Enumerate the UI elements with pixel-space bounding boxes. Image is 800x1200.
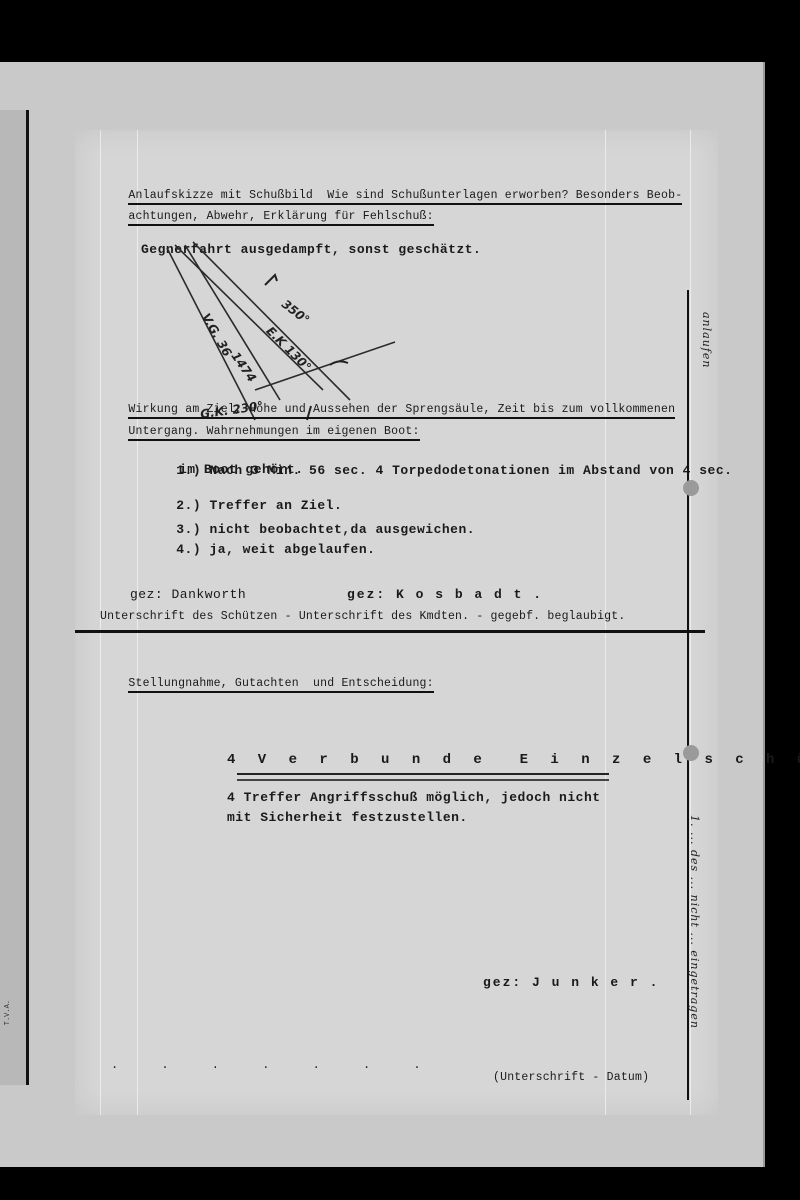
sketch-label-ek: E.K 130° xyxy=(263,324,313,374)
margin-note-bottom: 1. ... des ... nicht ... eingetragen xyxy=(688,815,701,1095)
commander-signature: gez: K o s b a d t . xyxy=(347,587,543,602)
verdict-line-2: mit Sicherheit festzustellen. xyxy=(227,810,468,825)
list-item-1-cont: im Boot gehört. xyxy=(179,462,304,477)
sketch-label-angle: 350° xyxy=(279,297,312,327)
sheet-edge xyxy=(763,62,765,1167)
adjacent-page xyxy=(0,110,29,1085)
verdict-title: 4 V e r b u n d e E i n z e l s c h ü s … xyxy=(227,752,800,768)
shooter-signature: gez: Dankworth xyxy=(130,587,246,602)
list-item-4: 4.) ja, weit abgelaufen. xyxy=(143,527,375,572)
verdict-line-1: 4 Treffer Angriffsschuß möglich, jedoch … xyxy=(227,790,601,805)
stray-marks: . . . . . . . xyxy=(111,1058,439,1072)
punch-hole-mark xyxy=(683,745,699,761)
sketch-label-num: 1474 xyxy=(228,349,259,384)
reviewer-signature-caption: (Unterschrift - Datum) xyxy=(493,1071,649,1084)
sketch-label-vg: V.G. 36 xyxy=(199,311,235,359)
section1-heading-line2: achtungen, Abwehr, Erklärung für Fehlsch… xyxy=(100,197,434,236)
verdict-underline xyxy=(237,773,609,781)
punch-hole-mark xyxy=(683,480,699,496)
signature-caption: Unterschrift des Schützen - Unterschrift… xyxy=(100,610,625,623)
section3-heading: Stellungnahme, Gutachten und Entscheidun… xyxy=(100,664,434,703)
left-page-note: T.V.A. xyxy=(4,1000,16,1025)
section-divider xyxy=(75,630,705,633)
section1-typed-note: Gegnerfahrt ausgedampft, sonst geschätzt… xyxy=(141,242,481,257)
document-page: Anlaufskizze mit Schußbild Wie sind Schu… xyxy=(75,130,718,1115)
reviewer-signature: gez: J u n k e r . xyxy=(483,975,659,990)
section2-heading-line2: Untergang. Wahrnehmungen im eigenen Boot… xyxy=(100,412,420,451)
margin-note-top: anlaufen xyxy=(700,312,713,368)
